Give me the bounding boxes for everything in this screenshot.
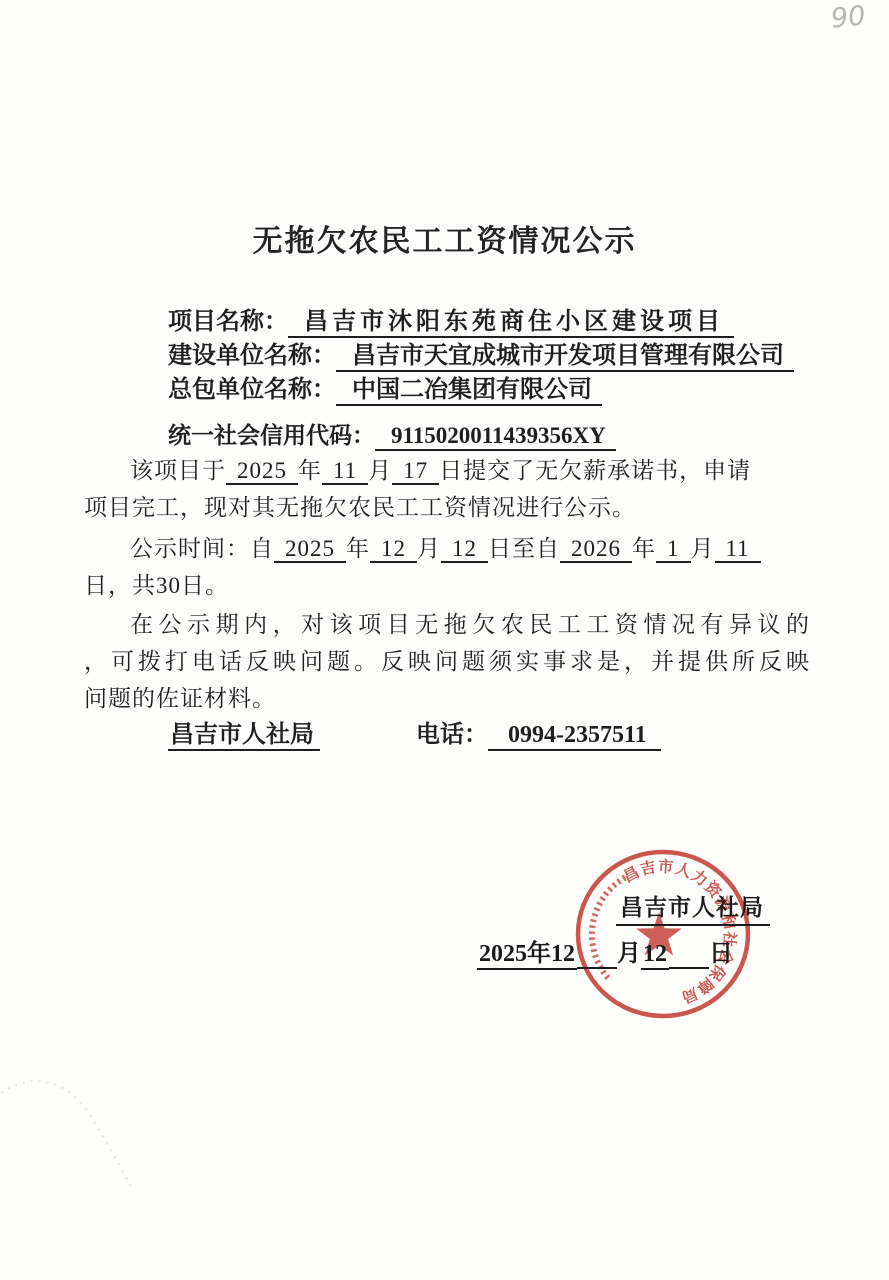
paragraph-submission: 该项目于2025年11月17日提交了无欠薪承诺书，申请 项目完工，现对其无拖欠农… (84, 452, 810, 526)
blank-underline (669, 943, 709, 969)
paragraph-line: 问题的佐证材料。 (84, 680, 810, 717)
field-builder-name: 建设单位名称：昌吉市天宜成城市开发项目管理有限公司 (168, 340, 794, 373)
text-segment: 月 (691, 536, 715, 561)
field-value-underlined: 昌吉市沐阳东苑商住小区建设项目 (288, 309, 734, 338)
paragraph-line: 该项目于2025年11月17日提交了无欠薪承诺书，申请 (84, 452, 810, 489)
text-segment: 公示时间：自 (130, 536, 274, 561)
scan-crease-artifact (0, 1050, 200, 1250)
fill-in-month: 11 (322, 458, 368, 485)
handwritten-page-number: 90 (829, 0, 866, 34)
fill-in-day: 17 (392, 458, 439, 485)
date-year-month: 2025年12 (477, 941, 577, 970)
field-label: 项目名称： (168, 309, 288, 335)
paragraph-objection: 在公示期内，对该项目无拖欠农民工工资情况有异议的 ，可拨打电话反映问题。反映问题… (84, 606, 810, 717)
phone-label: 电话： (416, 722, 488, 748)
paragraph-line: 日，共30日。 (84, 567, 810, 604)
stamp-overlay-bureau-name: 昌吉市人社局 (616, 889, 770, 926)
field-credit-code: 统一社会信用代码：9115020011439356XY (168, 417, 616, 450)
field-label: 总包单位名称： (168, 377, 336, 403)
issuing-bureau-name: 昌吉市人社局 (168, 722, 320, 751)
paragraph-line: 公示时间：自2025年12月12日至自2026年1月11 (84, 530, 810, 567)
day-label: 日 (709, 941, 733, 967)
field-label: 建设单位名称： (168, 343, 336, 369)
header-fields: 项目名称：昌吉市沐阳东苑商住小区建设项目 建设单位名称：昌吉市天宜成城市开发项目… (168, 306, 794, 408)
field-value-underlined: 昌吉市天宜成城市开发项目管理有限公司 (336, 343, 794, 372)
date-day: 12 (641, 941, 669, 970)
text-segment: 年 (632, 536, 656, 561)
fill-in-year: 2025 (226, 458, 298, 485)
field-contractor-name: 总包单位名称：中国二冶集团有限公司 (168, 374, 794, 407)
paragraph-line: 在公示期内，对该项目无拖欠农民工工资情况有异议的 (84, 606, 810, 643)
contact-line: 昌吉市人社局电话：0994-2357511 (168, 714, 661, 749)
fill-in-end-day: 11 (715, 536, 761, 563)
fill-in-end-month: 1 (656, 536, 691, 563)
seal-arc-text-path: 昌吉市人力资源和社会保障局 (620, 857, 740, 1007)
paragraph-publicity-period: 公示时间：自2025年12月12日至自2026年1月11 日，共30日。 (84, 530, 810, 604)
field-label: 统一社会信用代码： (168, 423, 375, 448)
fill-in-end-year: 2026 (560, 536, 632, 563)
text-segment: 日至自 (488, 536, 560, 561)
field-project-name: 项目名称：昌吉市沐阳东苑商住小区建设项目 (168, 306, 794, 339)
seal-arc-text: 昌吉市人力资源和社会保障局 (620, 857, 740, 1007)
field-value-underlined: 中国二冶集团有限公司 (336, 377, 602, 406)
paragraph-line: 项目完工，现对其无拖欠农民工工资情况进行公示。 (84, 489, 810, 526)
field-value-underlined: 9115020011439356XY (375, 423, 616, 451)
blank-underline (577, 943, 617, 969)
page-title: 无拖欠农民工工资情况公示 (0, 216, 889, 260)
text-segment: 年 (346, 536, 370, 561)
phone-number: 0994-2357511 (488, 722, 661, 751)
fill-in-start-day: 12 (441, 536, 488, 563)
paragraph-line: ，可拨打电话反映问题。反映问题须实事求是，并提供所反映 (84, 643, 810, 680)
fill-in-start-month: 12 (370, 536, 417, 563)
scanned-notice-page: 90 无拖欠农民工工资情况公示 项目名称：昌吉市沐阳东苑商住小区建设项目 建设单… (0, 0, 889, 1280)
text-segment: 月 (368, 458, 392, 483)
month-label: 月 (617, 941, 641, 967)
text-segment: 年 (298, 458, 322, 483)
stamp-date-line: 2025年12月12日 (477, 933, 733, 969)
text-segment: 日提交了无欠薪承诺书，申请 (439, 458, 751, 483)
text-segment: 该项目于 (130, 458, 226, 483)
text-segment: 月 (417, 536, 441, 561)
fill-in-start-year: 2025 (274, 536, 346, 563)
